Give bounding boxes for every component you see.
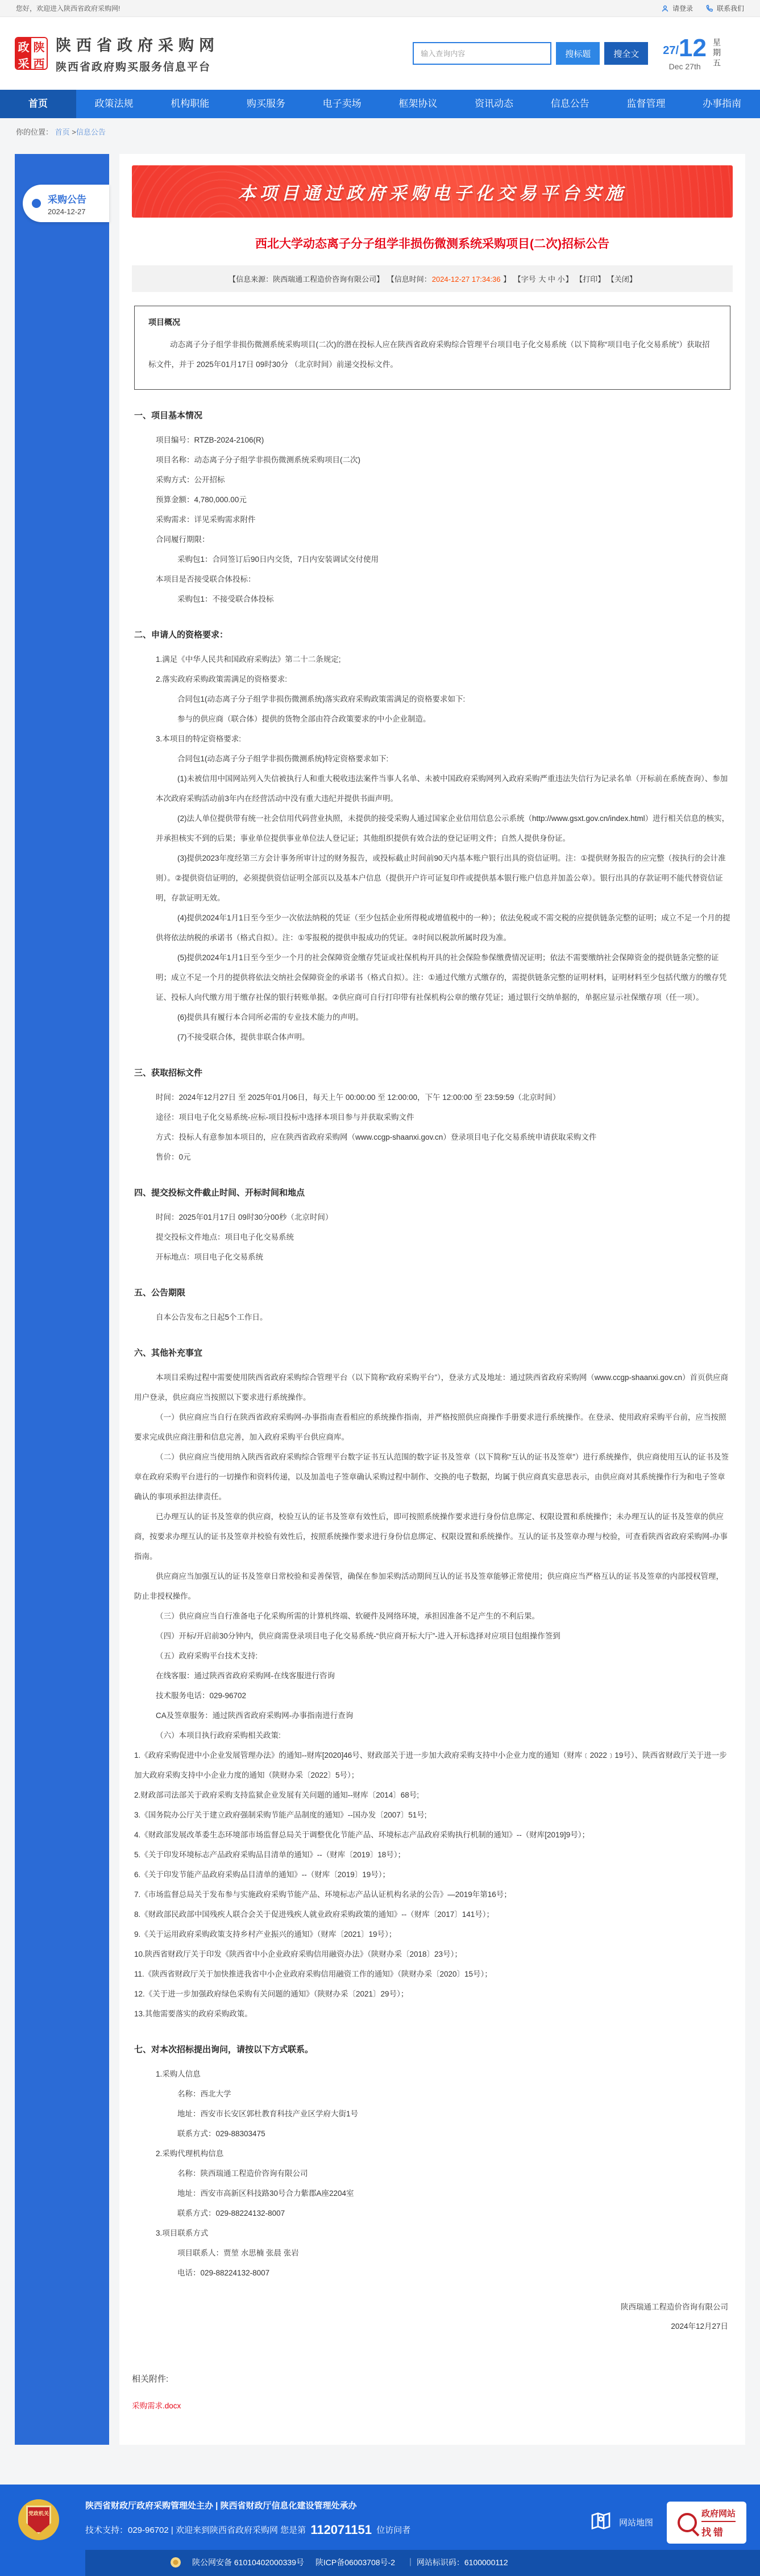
article-paragraph: (1)未被信用中国网站列入失信被执行人和重大税收违法案件当事人名单、未被中国政府… <box>134 769 730 808</box>
platform-banner: 本项目通过政府采购电子化交易平台实施 <box>132 165 733 218</box>
nav-menu: 首页政策法规机构职能购买服务电子卖场框架协议资讯动态信息公告监督管理办事指南 <box>0 90 760 118</box>
article-meta-bar: 【信息来源：陕西瑞通工程造价咨询有限公司】 【信息时间：2024-12-27 1… <box>132 265 733 292</box>
article-paragraph: 开标地点：项目电子化交易系统 <box>134 1247 730 1267</box>
footer-support-line: 技术支持：029-96702 | 欢迎来到陕西省政府采购网 您是第 112071… <box>85 2523 760 2550</box>
attachment-file-link[interactable]: 采购需求.docx <box>132 2399 733 2411</box>
section-heading: 七、对本次招标提出询问，请按以下方式联系。 <box>134 2043 730 2055</box>
nav-item-9[interactable]: 办事指南 <box>684 90 760 118</box>
meta-time-prefix: 【信息时间： <box>387 275 431 284</box>
article-paragraph: (5)提供2024年1月1日至今至少一个月的社会保障资金缴存凭证或社保机构开具的… <box>134 948 730 1007</box>
site-header: 政 陕 采 西 陕西省政府采购网 陕西省政府购买服务信息平台 搜标题 搜全文 2… <box>0 17 760 90</box>
article-paragraph: 3.项目联系方式 <box>134 2223 730 2243</box>
content-area: 采购公告 2024-12-27 本项目通过政府采购电子化交易平台实施 西北大学动… <box>0 145 760 2485</box>
article-paragraph: 1.满足《中华人民共和国政府采购法》第二十二条规定; <box>134 649 730 669</box>
nav-item-2[interactable]: 机构职能 <box>152 90 228 118</box>
welcome-text: 您好，欢迎进入陕西省政府采购网! <box>16 3 120 13</box>
police-record-number[interactable]: 陕公网安备 61010402000339号 <box>192 2557 304 2568</box>
article-paragraph: 在线客服：通过陕西省政府采购网-在线客服进行咨询 <box>134 1666 730 1686</box>
article-paragraph: （五）政府采购平台技术支持: <box>134 1646 730 1666</box>
meta-time: 2024-12-27 17:34:36 <box>432 275 501 284</box>
article-paragraph: 供应商应当加强互认的证书及签章日常校验和妥善保管，确保在参加采购活动期间互认的证… <box>134 1566 730 1606</box>
article-paragraph: 3.本项目的特定资格要求: <box>134 729 730 749</box>
date-widget: 27/ 12 Dec 27th 星期五 <box>663 36 745 71</box>
logo-char: 陕 <box>31 38 47 55</box>
article-paragraph: 11.《陕西省财政厅关于加快推进我省中小企业政府采购信用融资工作的通知》（陕财办… <box>134 1964 730 1984</box>
login-label: 请登录 <box>672 3 693 13</box>
visitor-count: 112071151 <box>310 2523 372 2537</box>
nav-item-4[interactable]: 电子卖场 <box>304 90 380 118</box>
article-paragraph: 技术服务电话：029-96702 <box>134 1686 730 1706</box>
print-button[interactable]: 【打印】 <box>575 275 605 284</box>
search-title-button[interactable]: 搜标题 <box>556 42 600 65</box>
article-paragraph: 4.《财政部发展改革委生态环境部市场监督总局关于调整优化节能产品、环境标志产品政… <box>134 1825 730 1845</box>
section-heading: 六、其他补充事宜 <box>134 1347 730 1358</box>
article-paragraph: 1.《政府采购促进中小企业发展管理办法》的通知--财库[2020]46号、财政部… <box>134 1745 730 1785</box>
section-heading: 二、申请人的资格要求： <box>134 628 730 640</box>
article-paragraph: (4)提供2024年1月1日至今至少一次依法纳税的凭证（至少包括企业所得税或增值… <box>134 908 730 948</box>
icp-record-number[interactable]: 陕ICP备06003708号-2 <box>315 2557 395 2568</box>
article-paragraph: 项目名称：动态离子分子组学非损伤微测系统采购项目(二次) <box>134 450 730 470</box>
article-paragraph: 方式：投标人有意参加本项目的，应在陕西省政府采购网（www.ccgp-shaan… <box>134 1127 730 1147</box>
article-paragraph: CA及签章服务：通过陕西省政府采购网-办事指南进行查询 <box>134 1706 730 1725</box>
top-utility-bar: 您好，欢迎进入陕西省政府采购网! 请登录 联系我们 <box>0 0 760 17</box>
user-icon <box>661 5 669 12</box>
article-paragraph: 2.落实政府采购政策需满足的资格要求: <box>134 669 730 689</box>
nav-item-5[interactable]: 框架协议 <box>380 90 456 118</box>
article-paragraph: 采购包1：不接受联合体投标 <box>134 589 730 609</box>
article-paragraph: 2.采购代理机构信息 <box>134 2144 730 2164</box>
site-logo: 政 陕 采 西 <box>15 37 48 70</box>
breadcrumb: 你的位置： 首页 >信息公告 <box>0 118 760 145</box>
login-link[interactable]: 请登录 <box>661 3 693 13</box>
article-paragraph: 名称：西北大学 <box>134 2084 730 2104</box>
article-paragraph: 采购方式：公开招标 <box>134 470 730 490</box>
article-paragraph: （二）供应商应当使用纳入陕西省政府采购综合管理平台数字证书互认范围的数字证书及签… <box>134 1447 730 1507</box>
logo-char: 采 <box>16 55 31 70</box>
article-paragraph: 6.《关于印发节能产品政府采购品目清单的通知》--（财库〔2019〕19号）； <box>134 1865 730 1885</box>
article-paragraph: 途径：项目电子化交易系统-应标-项目投标中选择本项目参与并获取采购文件 <box>134 1107 730 1127</box>
search-fulltext-button[interactable]: 搜全文 <box>604 42 648 65</box>
date-month: 12 <box>679 36 707 61</box>
attachments-list: 采购需求.docx <box>132 2399 733 2411</box>
article-paragraph: (6)提供具有履行本合同所必需的专业技术能力的声明。 <box>134 1007 730 1027</box>
fontsize-suffix: 】 <box>566 275 573 284</box>
breadcrumb-current-link[interactable]: 信息公告 <box>76 128 106 136</box>
error-badge-line2: 找错 <box>701 2524 736 2539</box>
article-paragraph: 售价：0元 <box>134 1147 730 1167</box>
sidebar-tab-title: 采购公告 <box>48 191 86 206</box>
article-paragraph: 联系方式：029-88224132-8007 <box>134 2203 730 2223</box>
footer-sponsor-line: 陕西省财政厅政府采购管理处主办 | 陕西省财政厅信息化建设管理处承办 <box>85 2499 760 2511</box>
article-paragraph: 8.《财政部民政部中国残疾人联合会关于促进残疾人就业政府采购政策的通知》--（财… <box>134 1904 730 1924</box>
footer-support-suffix: 位访问者 <box>376 2525 410 2535</box>
overview-heading: 项目概况 <box>148 316 716 328</box>
sidebar-item-procurement-notice[interactable]: 采购公告 2024-12-27 <box>23 185 109 222</box>
article-paragraph: 合同包1(动态离子分子组学非损伤微测系统)特定资格要求如下: <box>134 749 730 769</box>
site-identification-code: ｜ 网站标识码：6100000112 <box>406 2557 508 2568</box>
article-paragraph: 7.《市场监督总局关于发布参与实施政府采购节能产品、环境标志产品认证机构名录的公… <box>134 1885 730 1904</box>
article-paragraph: 项目编号：RTZB-2024-2106(R) <box>134 430 730 450</box>
signature-block: 陕西瑞通工程造价咨询有限公司 2024年12月27日 <box>132 2298 733 2336</box>
fontsize-small-button[interactable]: 小 <box>558 275 565 284</box>
breadcrumb-separator: > <box>70 128 76 136</box>
article-paragraph: （一）供应商应当自行在陕西省政府采购网-办事指南查看相应的系统操作指南，并严格按… <box>134 1407 730 1447</box>
section-heading: 五、公告期限 <box>134 1286 730 1298</box>
nav-item-0[interactable]: 首页 <box>0 90 76 118</box>
article-panel: 本项目通过政府采购电子化交易平台实施 西北大学动态离子分子组学非损伤微测系统采购… <box>119 154 745 2445</box>
meta-time-suffix: 】 <box>501 275 510 284</box>
article-paragraph: 12.《关于进一步加强政府绿色采购有关问题的通知》（陕财办采〔2021〕29号）… <box>134 1984 730 2004</box>
sidebar-tab-date: 2024-12-27 <box>48 207 86 216</box>
article-paragraph: (3)提供2023年度经第三方会计事务所审计过的财务报告，或投标截止时间前90天… <box>134 848 730 908</box>
map-icon <box>589 2510 612 2535</box>
article-paragraph: （六）本项目执行政府采购相关政策: <box>134 1725 730 1745</box>
article-paragraph: 2.财政部司法部关于政府采购支持监狱企业发展有关问题的通知--财库〔2014〕6… <box>134 1785 730 1805</box>
article-paragraph: 预算金额：4,780,000.00元 <box>134 490 730 510</box>
signature-company: 陕西瑞通工程造价咨询有限公司 <box>132 2298 728 2317</box>
date-day: 27/ <box>663 44 679 61</box>
article-paragraph: 1.采购人信息 <box>134 2064 730 2084</box>
article-paragraph: 3.《国务院办公厅关于建立政府强制采购节能产品制度的通知》--国办发〔2007〕… <box>134 1805 730 1825</box>
sitemap-label: 网站地图 <box>619 2516 653 2528</box>
logo-char: 政 <box>16 38 31 55</box>
article-paragraph: 参与的供应商（联合体）提供的货物全部由符合政策要求的中小企业制造。 <box>134 709 730 729</box>
article-title: 西北大学动态离子分子组学非损伤微测系统采购项目(二次)招标公告 <box>138 235 727 252</box>
article-paragraph: 地址：西安市长安区郭杜教育科技产业区学府大街1号 <box>134 2104 730 2124</box>
site-footer: 党政机关 陕西省财政厅政府采购管理处主办 | 陕西省财政厅信息化建设管理处承办 … <box>0 2485 760 2576</box>
article-paragraph: 提交投标文件地点：项目电子化交易系统 <box>134 1227 730 1247</box>
article-paragraph: 联系方式：029-88303475 <box>134 2124 730 2144</box>
fontsize-medium-button[interactable]: 中 <box>548 275 555 284</box>
article-paragraph: 采购需求：详见采购需求附件 <box>134 510 730 530</box>
overview-body: 动态离子分子组学非损伤微测系统采购项目(二次)的潜在投标人应在陕西省政府采购综合… <box>148 335 716 374</box>
attachments-label: 相关附件: <box>132 2373 733 2385</box>
signature-date: 2024年12月27日 <box>132 2317 728 2336</box>
section-heading: 四、提交投标文件截止时间、开标时间和地点 <box>134 1186 730 1198</box>
emblem-label: 党政机关 <box>28 2510 49 2517</box>
article-paragraph: 名称：陕西瑞通工程造价咨询有限公司 <box>134 2164 730 2183</box>
article-paragraph: 采购包1：合同签订后90日内交货，7日内安装调试交付使用 <box>134 549 730 569</box>
section-heading: 三、获取招标文件 <box>134 1066 730 1078</box>
site-title: 陕西省政府采购网 <box>56 33 219 55</box>
footer-record-strip: 陕公网安备 61010402000339号 陕ICP备06003708号-2 ｜… <box>85 2550 760 2576</box>
fontsize-label: 【字号 <box>514 275 538 284</box>
footer-support-prefix: 技术支持：029-96702 | 欢迎来到陕西省政府采购网 您是第 <box>85 2525 306 2535</box>
article-paragraph: (7)不接受联合体，提供非联合体声明。 <box>134 1027 730 1047</box>
article-paragraph: 项目联系人：贾堃 水思楠 张晨 张岩 <box>134 2243 730 2263</box>
project-overview-box: 项目概况 动态离子分子组学非损伤微测系统采购项目(二次)的潜在投标人应在陕西省政… <box>134 306 730 390</box>
article-paragraph: (2)法人单位提供带有统一社会信用代码营业执照，未提供的接受采购人通过国家企业信… <box>134 808 730 848</box>
date-weekday: 星期五 <box>711 36 722 69</box>
article-sections: 一、项目基本情况项目编号：RTZB-2024-2106(R)项目名称：动态离子分… <box>132 409 733 2283</box>
sitemap-link[interactable]: 网站地图 <box>589 2510 653 2535</box>
article-paragraph: 10.陕西省财政厅关于印发《陕西省中小企业政府采购信用融资办法》（陕财办采〔20… <box>134 1944 730 1964</box>
gov-site-error-report-badge[interactable]: 政府网站 找错 <box>667 2502 746 2544</box>
article-paragraph: 已办理互认的证书及签章的供应商，校验互认的证书及签章有效性后，即可按照系统操作要… <box>134 1507 730 1566</box>
article-paragraph: 本项目采购过程中需要使用陕西省政府采购综合管理平台（以下简称“政府采购平台”），… <box>134 1368 730 1407</box>
sidebar: 采购公告 2024-12-27 <box>15 154 109 2445</box>
article-paragraph: 时间：2025年01月17日 09时30分00秒（北京时间） <box>134 1207 730 1227</box>
error-badge-line1: 政府网站 <box>701 2507 736 2522</box>
article-paragraph: （三）供应商应当自行准备电子化采购所需的计算机终端、软硬件及网络环境，承担因准备… <box>134 1606 730 1626</box>
nav-item-1[interactable]: 政策法规 <box>76 90 152 118</box>
magnifier-icon <box>678 2513 697 2532</box>
logo-char: 西 <box>31 55 47 70</box>
nav-item-6[interactable]: 资讯动态 <box>456 90 532 118</box>
article-paragraph: 自本公告发布之日起5个工作日。 <box>134 1307 730 1327</box>
nav-item-7[interactable]: 信息公告 <box>532 90 608 118</box>
close-button[interactable]: 【关闭】 <box>607 275 637 284</box>
contact-link[interactable]: 联系我们 <box>705 3 744 13</box>
site-subtitle: 陕西省政府购买服务信息平台 <box>56 59 219 74</box>
article-paragraph: 合同履行期限： <box>134 530 730 549</box>
article-paragraph: 9.《关于运用政府采购政策支持乡村产业振兴的通知》（财库〔2021〕19号）； <box>134 1924 730 1944</box>
meta-source: 【信息来源：陕西瑞通工程造价咨询有限公司】 <box>229 275 384 284</box>
article-paragraph: 5.《关于印发环境标志产品政府采购品目清单的通知》--（财库〔2019〕18号）… <box>134 1845 730 1865</box>
article-paragraph: 地址：西安市高新区科技路30号合力紫郡A座2204室 <box>134 2183 730 2203</box>
government-emblem-icon: 党政机关 <box>18 2499 59 2540</box>
date-english: Dec 27th <box>663 62 707 71</box>
article-paragraph: （四）开标/开启前30分钟内，供应商需登录项目电子化交易系统-“供应商开标大厅”… <box>134 1626 730 1646</box>
phone-icon <box>705 5 713 12</box>
article-paragraph: 本项目是否接受联合体投标： <box>134 569 730 589</box>
search-input[interactable] <box>413 42 551 65</box>
nav-item-8[interactable]: 监督管理 <box>608 90 684 118</box>
article-paragraph: 合同包1(动态离子分子组学非损伤微测系统)落实政府采购政策需满足的资格要求如下: <box>134 689 730 709</box>
main-nav: 首页政策法规机构职能购买服务电子卖场框架协议资讯动态信息公告监督管理办事指南 <box>0 90 760 118</box>
article-paragraph: 13.其他需要落实的政府采购政策。 <box>134 2004 730 2024</box>
fontsize-large-button[interactable]: 大 <box>538 275 546 284</box>
section-heading: 一、项目基本情况 <box>134 409 730 421</box>
nav-item-3[interactable]: 购买服务 <box>228 90 304 118</box>
breadcrumb-home-link[interactable]: 首页 <box>55 128 70 136</box>
contact-label: 联系我们 <box>717 3 744 13</box>
article-paragraph: 时间：2024年12月27日 至 2025年01月06日，每天上午 00:00:… <box>134 1087 730 1107</box>
bullet-dot-icon <box>32 199 41 208</box>
article-paragraph: 电话：029-88224132-8007 <box>134 2263 730 2283</box>
breadcrumb-prefix: 你的位置： <box>16 128 53 136</box>
public-security-badge-icon <box>171 2557 181 2567</box>
